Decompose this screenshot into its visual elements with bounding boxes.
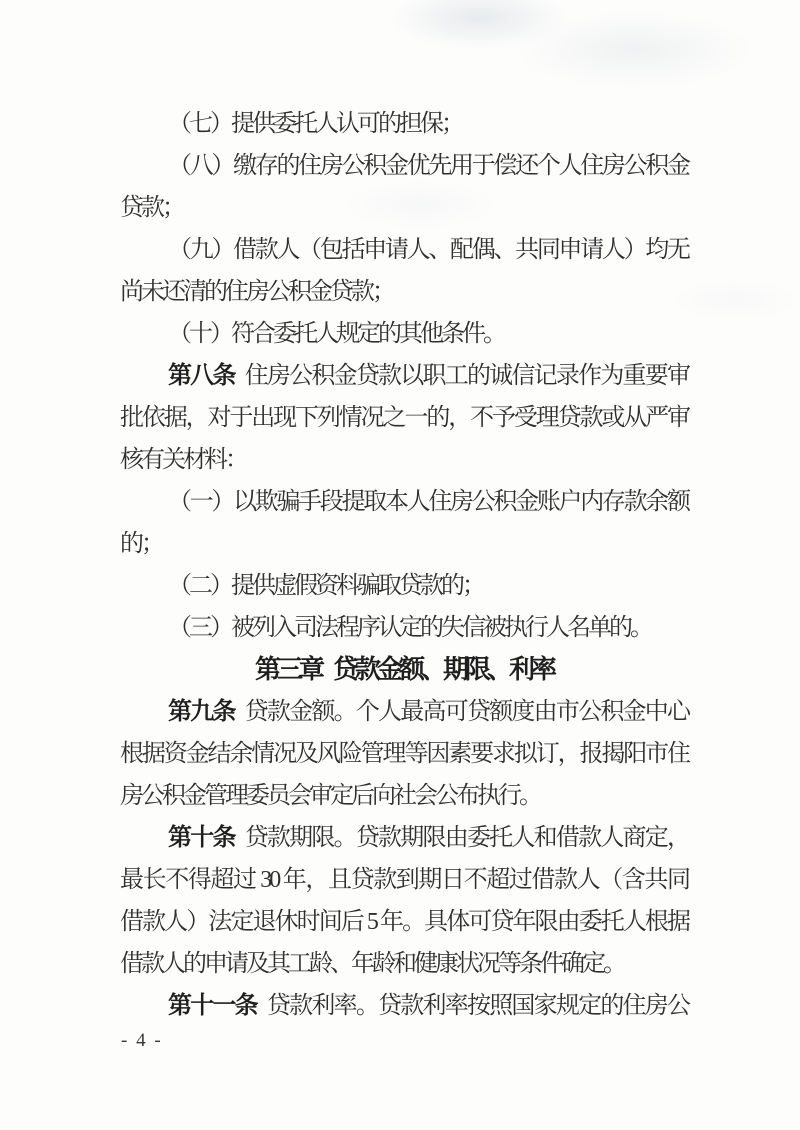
document-line: 核有关材料： (120, 439, 688, 481)
article-number: 第十条 (168, 825, 235, 851)
article-line: 第十条贷款期限。贷款期限由委托人和借款人商定， (120, 817, 688, 859)
chapter-number: 第三章 (255, 655, 321, 684)
document-line: 借款人）法定退休时间后 5 年。具体可贷年限由委托人根据 (120, 901, 688, 943)
document-line: 批依据，对于出现下列情况之一的，不予受理贷款或从严审 (120, 397, 688, 439)
document-line: （十）符合委托人规定的其他条件。 (120, 313, 688, 355)
line-text: 贷款金额、期限、利率 (333, 655, 553, 684)
article-line: 第九条贷款金额。个人最高可贷额度由市公积金中心 (120, 691, 688, 733)
document-line: （九）借款人（包括申请人、配偶、共同申请人）均无 (120, 229, 688, 271)
line-text: 贷款期限。贷款期限由委托人和借款人商定， (245, 825, 688, 851)
article-number: 第九条 (168, 699, 235, 725)
document-body: （七）提供委托人认可的担保；（八）缴存的住房公积金优先用于偿还个人住房公积金贷款… (120, 103, 688, 1027)
document-line: （三）被列入司法程序认定的失信被执行人名单的。 (120, 607, 688, 649)
document-line: （一）以欺骗手段提取本人住房公积金账户内存款余额 (120, 481, 688, 523)
article-number: 第十一条 (168, 993, 257, 1019)
article-number: 第八条 (168, 363, 235, 389)
document-line: （七）提供委托人认可的担保； (120, 103, 688, 145)
document-line: 尚未还清的住房公积金贷款； (120, 271, 688, 313)
line-text: 贷款利率。贷款利率按照国家规定的住房公 (267, 993, 688, 1019)
line-text: 贷款金额。个人最高可贷额度由市公积金中心 (245, 699, 688, 725)
article-line: 第十一条贷款利率。贷款利率按照国家规定的住房公 (120, 985, 688, 1027)
page-number: - 4 - (121, 1030, 163, 1052)
document-line: 房公积金管理委员会审定后向社会公布执行。 (120, 775, 688, 817)
document-line: 贷款； (120, 187, 688, 229)
line-text: 住房公积金贷款以职工的诚信记录作为重要审 (245, 363, 688, 389)
document-line: 根据资金结余情况及风险管理等因素要求拟订，报揭阳市住 (120, 733, 688, 775)
chapter-heading: 第三章贷款金额、期限、利率 (120, 649, 688, 691)
scanned-document-page: （七）提供委托人认可的担保；（八）缴存的住房公积金优先用于偿还个人住房公积金贷款… (0, 0, 800, 1130)
document-line: （二）提供虚假资料骗取贷款的； (120, 565, 688, 607)
document-line: 借款人的申请及其工龄、年龄和健康状况等条件确定。 (120, 943, 688, 985)
document-line: 的； (120, 523, 688, 565)
document-line: （八）缴存的住房公积金优先用于偿还个人住房公积金 (120, 145, 688, 187)
article-line: 第八条住房公积金贷款以职工的诚信记录作为重要审 (120, 355, 688, 397)
document-line: 最长不得超过 30 年，且贷款到期日不超过借款人（含共同 (120, 859, 688, 901)
